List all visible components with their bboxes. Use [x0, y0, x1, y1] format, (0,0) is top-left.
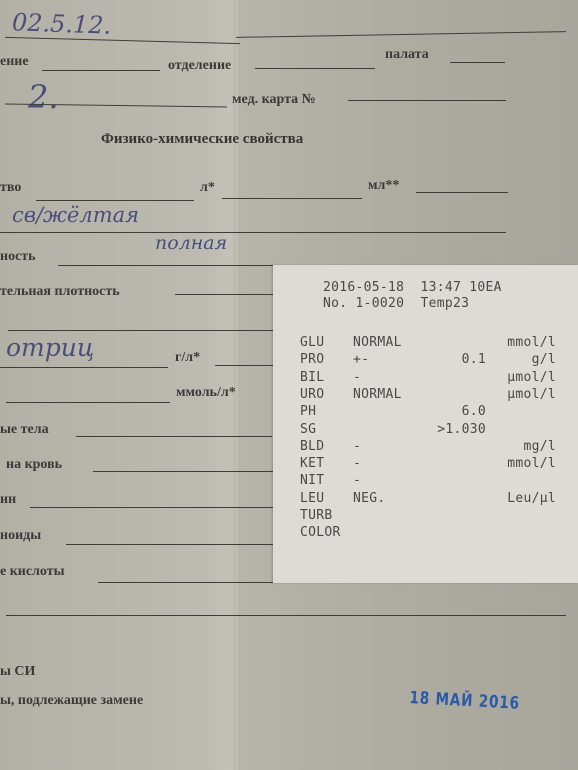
field-line [76, 436, 272, 437]
label-bile-acids: е кислоты [0, 564, 65, 580]
field-line [42, 70, 160, 71]
label-g-per-l: г/л* [175, 350, 200, 366]
field-line [30, 507, 273, 508]
handwritten-protein: отриц [6, 333, 94, 362]
result-param: NIT [300, 473, 324, 488]
result-unit: μmol/l [507, 387, 556, 402]
label-ketone-bodies: ые тела [0, 422, 49, 438]
result-param: GLU [300, 335, 324, 350]
result-qualitative: +- [353, 352, 369, 367]
result-param: LEU [300, 491, 324, 506]
field-line [450, 62, 505, 63]
result-param: URO [300, 387, 324, 402]
field-line [0, 367, 168, 368]
printout-datetime: 2016-05-18 13:47 10EA [323, 280, 502, 295]
label-density: тельная плотность [0, 284, 120, 300]
field-line [348, 100, 506, 101]
result-qualitative: - [353, 473, 361, 488]
label-department: отделение [168, 58, 231, 74]
label-medical-card: мед. карта № [232, 92, 316, 108]
label-si-units: ы СИ [0, 664, 35, 680]
paper-fold [236, 0, 238, 770]
field-line [6, 402, 170, 403]
field-line [36, 200, 194, 201]
date-stamp: 18 МАЙ 2016 [409, 688, 520, 714]
label-ward: палата [385, 47, 429, 63]
lab-form-paper: 02.5.12. ение отделение палата 2. мед. к… [0, 0, 578, 770]
result-param: BLD [300, 439, 324, 454]
result-unit: Leu/μl [507, 491, 556, 506]
handwritten-transparency: полная [155, 232, 227, 254]
result-param: PRO [300, 352, 324, 367]
handwritten-color: св/жёлтая [12, 203, 139, 227]
result-qualitative: - [353, 370, 361, 385]
date-line [5, 37, 240, 44]
label-urobilinoids: ноиды [0, 528, 41, 544]
field-line [215, 365, 273, 366]
field-line [93, 471, 273, 472]
date-line-right [236, 31, 566, 38]
field-line [416, 192, 508, 193]
result-value: >1.030 [437, 422, 486, 437]
field-line [222, 198, 362, 199]
label-admission: ение [0, 54, 29, 70]
result-unit: mmol/l [507, 456, 556, 471]
result-unit: μmol/l [507, 370, 556, 385]
result-qualitative: - [353, 456, 361, 471]
result-qualitative: NORMAL [353, 387, 402, 402]
printout-sample-number: No. 1-0020 Temp23 [323, 296, 469, 311]
label-bilirubin: ин [0, 492, 16, 508]
label-liters: л* [200, 180, 215, 196]
result-qualitative: NORMAL [353, 335, 402, 350]
result-param: TURB [300, 508, 333, 523]
result-param: PH [300, 404, 316, 419]
field-line [175, 294, 275, 295]
field-line [66, 544, 273, 545]
result-param: SG [300, 422, 316, 437]
result-unit: g/l [532, 352, 556, 367]
label-blood-test: на кровь [6, 457, 62, 473]
result-param: KET [300, 456, 324, 471]
field-line [0, 232, 506, 233]
result-value: 6.0 [462, 404, 486, 419]
label-mmol-per-l: ммоль/л* [176, 385, 236, 401]
label-ml: мл** [368, 178, 399, 194]
field-line [8, 330, 273, 331]
field-line [6, 615, 566, 616]
handwritten-ward-number: 2. [28, 78, 59, 116]
label-units-to-replace: ы, подлежащие замене [0, 693, 143, 709]
analyzer-printout: 2016-05-18 13:47 10EA No. 1-0020 Temp23 … [273, 265, 578, 583]
result-qualitative: NEG. [353, 491, 386, 506]
result-unit: mg/l [523, 439, 556, 454]
result-qualitative: - [353, 439, 361, 454]
handwritten-date: 02.5.12. [12, 8, 112, 39]
label-quantity: тво [0, 180, 21, 196]
field-line [255, 68, 375, 69]
result-param: COLOR [300, 525, 341, 540]
label-transparency: ность [0, 249, 36, 265]
result-param: BIL [300, 370, 324, 385]
result-value: 0.1 [462, 352, 486, 367]
result-unit: mmol/l [507, 335, 556, 350]
section-title: Физико-химические свойства [101, 131, 303, 148]
